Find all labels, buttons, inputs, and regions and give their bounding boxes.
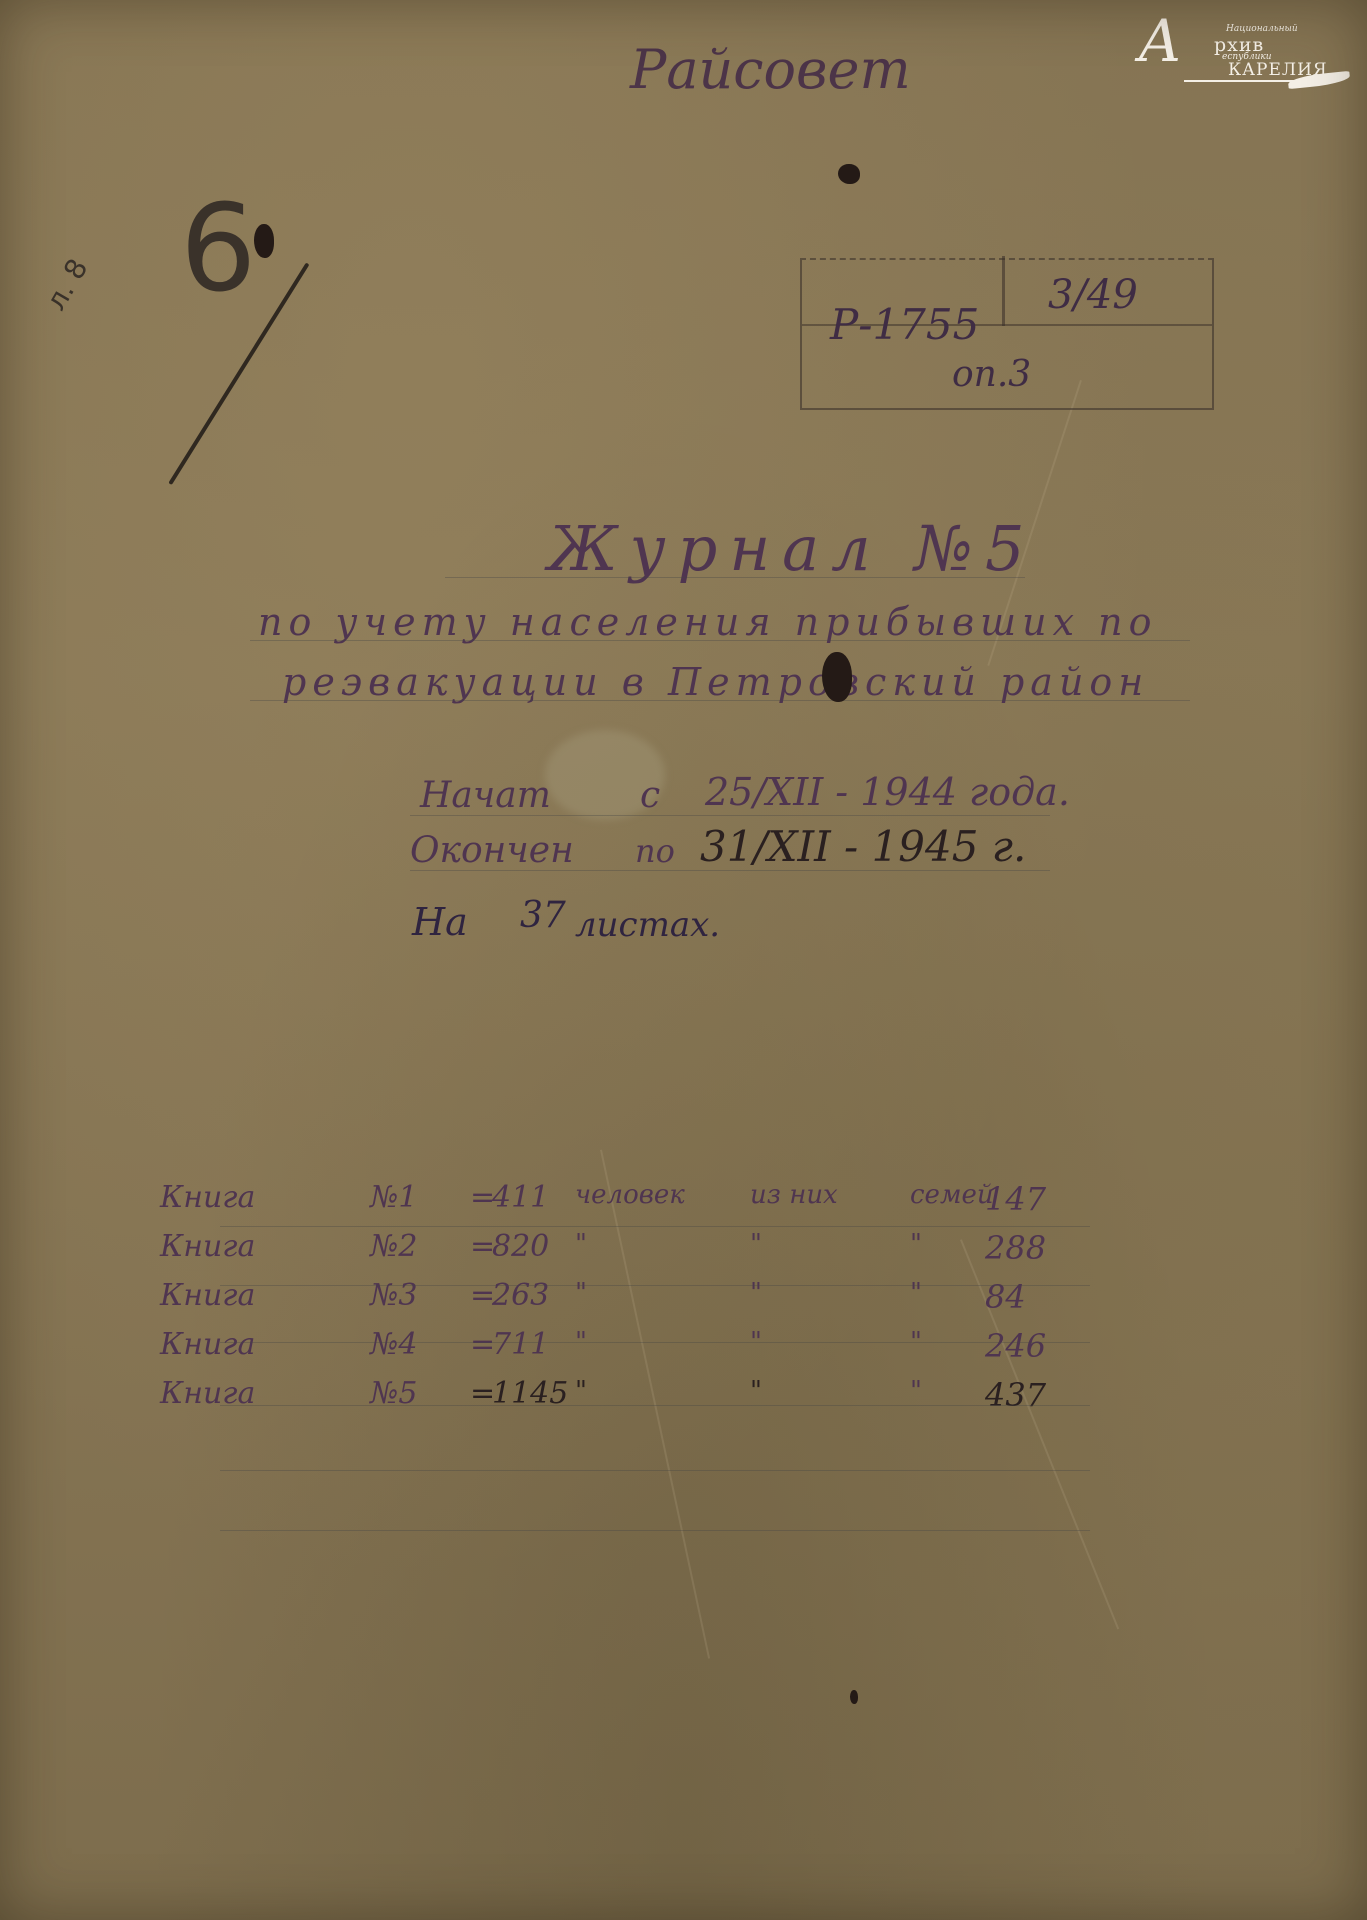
ditto-mark: " bbox=[575, 1376, 587, 1406]
ditto-mark: " bbox=[750, 1376, 762, 1406]
book-label: Книга bbox=[160, 1229, 255, 1264]
ink-blot bbox=[838, 164, 860, 184]
book-label: Книга bbox=[160, 1327, 255, 1362]
archive-logo: А Национальный рхив еспублики КАРЕЛИЯ bbox=[1138, 10, 1353, 90]
pencil-sheet-mark: л. 8 bbox=[39, 253, 94, 316]
table-row: Книга №5 = 1145 " " " 437 bbox=[160, 1376, 1090, 1425]
book-label: Книга bbox=[160, 1278, 255, 1313]
ditto-mark: " bbox=[910, 1278, 922, 1308]
people-count: 711 bbox=[492, 1327, 549, 1362]
ended-date: 31/XII - 1945 г. bbox=[700, 822, 1026, 871]
book-number: №4 bbox=[370, 1327, 417, 1362]
ruled-line bbox=[220, 1530, 1090, 1531]
ditto-mark: " bbox=[750, 1229, 762, 1259]
sheets-prefix: На bbox=[412, 900, 468, 944]
ink-blot bbox=[822, 652, 852, 702]
table-row: Книга №2 = 820 " " " 288 bbox=[160, 1229, 1090, 1278]
book-label: Книга bbox=[160, 1180, 255, 1215]
ditto-mark: " bbox=[910, 1376, 922, 1406]
sheets-suffix: листах. bbox=[575, 905, 720, 945]
ruled-line bbox=[220, 1405, 1090, 1406]
families-count: 288 bbox=[985, 1229, 1046, 1267]
people-count: 411 bbox=[492, 1180, 549, 1215]
ruled-line bbox=[410, 815, 1050, 816]
families-count: 84 bbox=[985, 1278, 1026, 1316]
stamp-fond: Р-1755 bbox=[830, 300, 979, 349]
ruled-line bbox=[445, 577, 1025, 578]
title-line-1: по учету населения прибывших по bbox=[258, 600, 1158, 644]
stamp-delo: 3/49 bbox=[1048, 272, 1138, 318]
ended-label: Окончен bbox=[410, 830, 574, 871]
started-date: 25/XII - 1944 года. bbox=[705, 770, 1070, 814]
ruled-line bbox=[220, 1226, 1090, 1227]
of-them-label: из них bbox=[750, 1180, 838, 1210]
book-number: №2 bbox=[370, 1229, 417, 1264]
institution-heading: Райсовет bbox=[630, 38, 911, 101]
logo-initial: А bbox=[1138, 12, 1182, 70]
stamp-opis: оп.3 bbox=[952, 354, 1031, 395]
pencil-number: 6 bbox=[180, 190, 256, 310]
families-count: 147 bbox=[985, 1180, 1046, 1218]
people-count: 820 bbox=[492, 1229, 549, 1264]
ended-prefix: по bbox=[635, 832, 675, 870]
sheets-count: 37 bbox=[520, 895, 566, 936]
table-row: Книга №4 = 711 " " " 246 bbox=[160, 1327, 1090, 1376]
ruled-line bbox=[220, 1470, 1090, 1471]
ruled-line bbox=[250, 640, 1190, 641]
ink-blot bbox=[254, 224, 274, 258]
document-page: А Национальный рхив еспублики КАРЕЛИЯ Ра… bbox=[0, 0, 1367, 1920]
families-unit: семей bbox=[910, 1180, 994, 1210]
ditto-mark: " bbox=[575, 1278, 587, 1308]
started-prefix: с bbox=[640, 775, 660, 816]
book-number: №1 bbox=[370, 1180, 417, 1215]
books-summary-table: Книга №1 = 411 человек из них семей 147 … bbox=[160, 1180, 1090, 1425]
started-label: Начат bbox=[420, 775, 551, 816]
book-number: №3 bbox=[370, 1278, 417, 1313]
people-count: 263 bbox=[492, 1278, 549, 1313]
stamp-divider bbox=[1002, 256, 1005, 326]
families-count: 246 bbox=[985, 1327, 1046, 1365]
ruled-line bbox=[220, 1285, 1090, 1286]
title-line-2: реэвакуации в Петровский район bbox=[282, 660, 1149, 704]
logo-rule bbox=[1184, 80, 1304, 82]
table-row: Книга №1 = 411 человек из них семей 147 bbox=[160, 1180, 1090, 1229]
ruled-line bbox=[250, 700, 1190, 701]
ditto-mark: " bbox=[910, 1229, 922, 1259]
ditto-mark: " bbox=[750, 1278, 762, 1308]
journal-title: Журнал №5 bbox=[548, 512, 1036, 585]
ruled-line bbox=[220, 1342, 1090, 1343]
ruled-line bbox=[410, 870, 1050, 871]
logo-line-national: Национальный bbox=[1226, 24, 1298, 34]
ditto-mark: " bbox=[575, 1229, 587, 1259]
people-unit: человек bbox=[575, 1180, 685, 1210]
families-count: 437 bbox=[985, 1376, 1046, 1414]
ink-mark bbox=[850, 1690, 858, 1704]
